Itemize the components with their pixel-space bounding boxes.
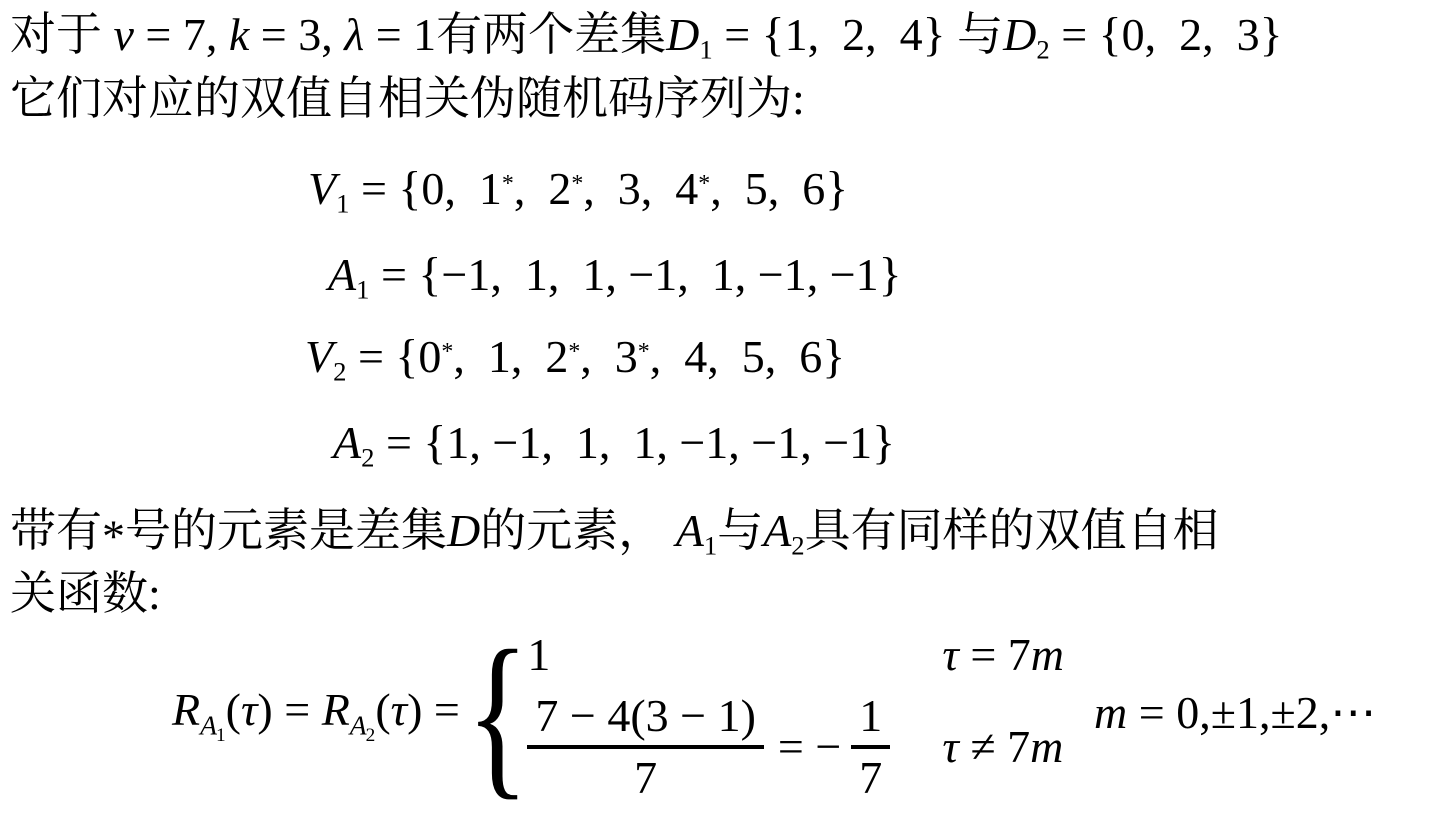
fraction-main-numerator: 7 − 4(3 − 1) xyxy=(527,691,764,749)
segment: { xyxy=(395,330,418,383)
segment: { xyxy=(762,8,785,61)
segment: } xyxy=(1260,8,1283,61)
equation-v1: V1 = {0, 1*, 2*, 3, 4*, 5, 6} xyxy=(308,158,848,221)
autocorrelation-formula: RA1(τ) = RA2(τ) = { 1 τ = 7m 7 − 4(3 − 1… xyxy=(172,624,1376,806)
segment: R xyxy=(172,684,200,735)
segment: * xyxy=(102,511,125,562)
segment: 2 xyxy=(366,725,376,746)
segment: A xyxy=(333,417,361,468)
cases-block: 1 τ = 7m 7 − 4(3 − 1) 7 = − 1 7 τ ≠ 7m xyxy=(527,628,1064,802)
segment: * xyxy=(638,339,650,365)
segment: ( xyxy=(375,684,390,735)
segment: 对于 xyxy=(10,9,114,60)
segment: τ xyxy=(241,684,257,735)
segment: 0 xyxy=(418,331,441,382)
segment: 1 xyxy=(699,35,712,65)
segment: = xyxy=(349,163,398,214)
segment: } xyxy=(822,330,845,383)
segment: D xyxy=(666,9,699,60)
segment: 1 xyxy=(356,275,369,305)
segment: * xyxy=(571,171,583,197)
segment: = xyxy=(346,331,395,382)
document-page: 对于 ν = 7, k = 3, λ = 1有两个差集D1 = {1, 2, 4… xyxy=(0,0,1449,829)
case1-condition: τ = 7m xyxy=(942,628,1064,681)
segment: 关函数: xyxy=(10,568,161,619)
segment: τ xyxy=(391,684,407,735)
segment: = xyxy=(374,417,423,468)
segment: * xyxy=(698,171,710,197)
case1-value: 1 xyxy=(527,628,922,681)
segment: D xyxy=(1003,9,1036,60)
segment: , 3 xyxy=(580,331,638,382)
segment: ( xyxy=(226,684,241,735)
fraction-result: 1 7 xyxy=(851,691,890,802)
segment: k xyxy=(229,9,249,60)
segment: m xyxy=(1030,721,1063,772)
segment: * xyxy=(441,339,453,365)
segment: A xyxy=(350,710,367,741)
segment: D xyxy=(447,505,480,556)
segment: { xyxy=(423,416,446,469)
segment: m xyxy=(1094,687,1127,738)
segment: ) = xyxy=(407,684,471,735)
segment: = xyxy=(1050,9,1099,60)
segment: 1, 2, 4 xyxy=(785,9,923,60)
segment: } xyxy=(825,162,848,215)
case2-value: 7 − 4(3 − 1) 7 = − 1 7 xyxy=(527,691,922,802)
segment: 1 xyxy=(527,629,550,680)
segment: = xyxy=(713,9,762,60)
segment: 2 xyxy=(1036,35,1049,65)
segment: 0, 1 xyxy=(421,163,502,214)
segment: ) = xyxy=(257,684,321,735)
intro-line-2: 它们对应的双值自相关伪随机码序列为: xyxy=(10,70,805,129)
segment: 2 xyxy=(791,531,804,561)
segment: 与 xyxy=(717,505,763,556)
equals-minus: = − xyxy=(778,720,841,773)
segment: = 3, xyxy=(249,9,344,60)
segment: V xyxy=(308,163,336,214)
segment: τ xyxy=(942,721,958,772)
fraction-result-denominator: 7 xyxy=(859,749,882,803)
segment: * xyxy=(568,339,580,365)
segment: { xyxy=(418,248,441,301)
segment: * xyxy=(502,171,514,197)
segment: { xyxy=(398,162,421,215)
segment: , 1, 2 xyxy=(453,331,568,382)
segment: 2 xyxy=(333,357,346,387)
segment: = xyxy=(369,249,418,300)
case2-condition: τ ≠ 7m xyxy=(942,720,1064,773)
segment: = 7 xyxy=(959,629,1031,680)
note-line-2: 关函数: xyxy=(10,565,161,624)
segment: ν xyxy=(114,9,134,60)
cases-left-brace: { xyxy=(466,624,529,806)
segment: 与 xyxy=(946,9,1004,60)
m-range: m = 0,±1,±2,⋯ xyxy=(1094,685,1376,739)
segment: 1 xyxy=(336,189,349,219)
equation-a1: A1 = {−1, 1, 1, −1, 1, −1, −1} xyxy=(328,244,902,307)
note-line-1: 带有*号的元素是差集D的元素， A1与A2具有同样的双值自相 xyxy=(10,502,1219,566)
segment: 0, 2, 3 xyxy=(1122,9,1260,60)
fraction-main: 7 − 4(3 − 1) 7 xyxy=(527,691,764,802)
segment: , 5, 6 xyxy=(710,163,825,214)
segment: 它们对应的双值自相关伪随机码序列为: xyxy=(10,73,805,124)
segment: = 7, xyxy=(134,9,229,60)
segment: A xyxy=(676,505,704,556)
segment: = 0,±1,±2,⋯ xyxy=(1127,687,1376,738)
segment: −1, 1, 1, −1, 1, −1, −1 xyxy=(441,249,878,300)
segment: ≠ 7 xyxy=(959,721,1030,772)
segment: 的元素， xyxy=(480,505,676,556)
intro-line-1: 对于 ν = 7, k = 3, λ = 1有两个差集D1 = {1, 2, 4… xyxy=(10,4,1283,67)
segment: } xyxy=(879,248,902,301)
equation-a2: A2 = {1, −1, 1, 1, −1, −1, −1} xyxy=(333,412,895,475)
segment: , 2 xyxy=(514,163,572,214)
equation-v2: V2 = {0*, 1, 2*, 3*, 4, 5, 6} xyxy=(305,326,845,389)
segment: , 4, 5, 6 xyxy=(650,331,823,382)
fraction-main-denominator: 7 xyxy=(634,749,657,803)
segment: A xyxy=(763,505,791,556)
segment: V xyxy=(305,331,333,382)
segment: R xyxy=(322,684,350,735)
fraction-result-numerator: 1 xyxy=(851,691,890,749)
segment: m xyxy=(1031,629,1064,680)
cases-brace-container: { xyxy=(475,624,519,806)
segment: } xyxy=(872,416,895,469)
segment: 号的元素是差集 xyxy=(125,505,447,556)
segment: , 3, 4 xyxy=(583,163,698,214)
segment: = 1 xyxy=(364,9,436,60)
segment: } xyxy=(923,8,946,61)
segment: 1 xyxy=(704,531,717,561)
segment: { xyxy=(1099,8,1122,61)
segment: 具有同样的双值自相 xyxy=(805,505,1219,556)
segment: τ xyxy=(942,629,958,680)
formula-lhs: RA1(τ) = RA2(τ) = xyxy=(172,683,471,746)
segment: λ xyxy=(344,9,364,60)
segment: 2 xyxy=(361,443,374,473)
segment: A xyxy=(328,249,356,300)
segment: 有两个差集 xyxy=(436,9,666,60)
segment: 1 xyxy=(216,725,226,746)
segment: 1, −1, 1, 1, −1, −1, −1 xyxy=(446,417,872,468)
segment: 带有 xyxy=(10,505,102,556)
segment: A xyxy=(200,710,217,741)
